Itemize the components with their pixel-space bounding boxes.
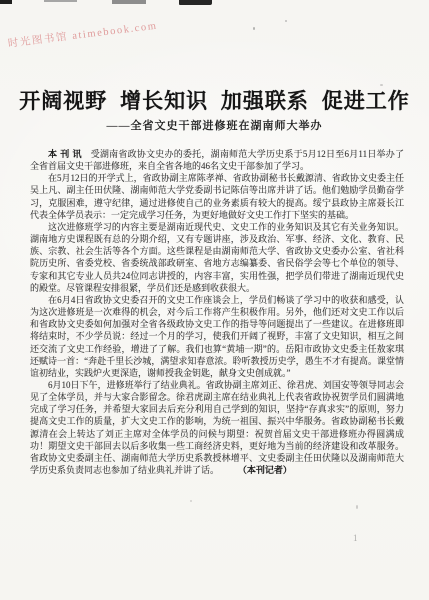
article-subtitle: ——全省文史干部进修班在湖南师大举办: [0, 117, 429, 133]
scan-artifact-bar: [179, 0, 212, 5]
scanned-document-page: 时光图书馆 atimebook.com 开阔视野 增长知识 加强联系 促进工作 …: [0, 0, 429, 600]
scan-speck: [356, 505, 358, 509]
paragraph: 这次进修班学习的内容主要是湖南近现代史、文史工作的业务知识及其它有关业务知识。湖…: [30, 221, 404, 294]
library-watermark: 时光图书馆 atimebook.com: [7, 18, 158, 51]
scan-speck: [253, 27, 255, 30]
scan-speck: [190, 500, 192, 502]
paragraph: 6月10日下午，进修班举行了结业典礼。省政协副主席刘正、徐君虎、刘国安等领导同志…: [30, 379, 404, 476]
paragraph: 在6月4日省政协文史委召开的文史工作座谈会上，学员们畅谈了学习中的收获和感受，认…: [30, 294, 404, 379]
scan-speck: [285, 20, 287, 22]
scan-artifact-bar: [44, 0, 77, 2]
page-number: 1: [353, 533, 358, 543]
scan-artifact-bar: [112, 0, 146, 4]
paragraph: 在5月12日的开学式上，省政协副主席陈孝禅、省政协副秘书长戴源清、省政协文史委主…: [30, 172, 404, 221]
article-body: 本刊讯受湖南省政协文史办的委托，湖南师范大学历史系于5月12日至6月11日举办了…: [30, 148, 404, 476]
paragraph: 本刊讯受湖南省政协文史办的委托，湖南师范大学历史系于5月12日至6月11日举办了…: [30, 148, 404, 172]
scan-artifact-bar: [0, 0, 12, 4]
byline: （本刊记者）: [219, 465, 292, 475]
lead-label: 本刊讯: [48, 149, 85, 159]
article-title: 开阔视野 增长知识 加强联系 促进工作: [0, 85, 429, 115]
